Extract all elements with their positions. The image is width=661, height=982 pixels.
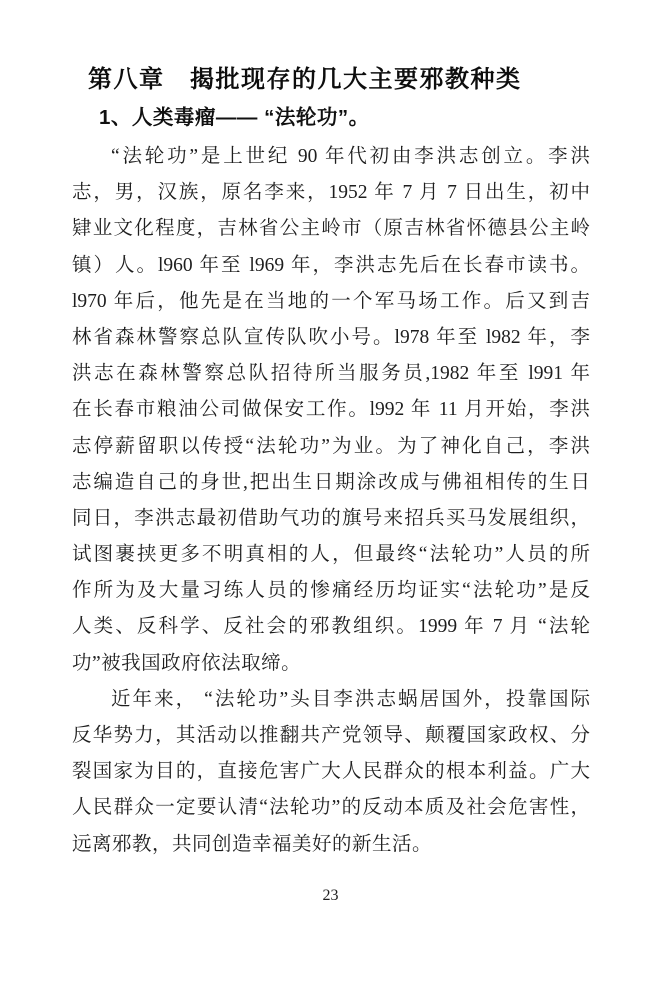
text-line: “法轮功”是上世纪 90 年代初由李洪志创立。李洪 [72,139,590,175]
text-line: 功”被我国政府依法取缔。 [72,646,590,682]
paragraph: “法轮功”是上世纪 90 年代初由李洪志创立。李洪 志，男，汉族，原名李来，19… [72,139,590,682]
text-line: 肄业文化程度，吉林省公主岭市（原吉林省怀德县公主岭 [72,211,590,247]
body-text: “法轮功”是上世纪 90 年代初由李洪志创立。李洪 志，男，汉族，原名李来，19… [72,139,590,863]
text-line: 在长春市粮油公司做保安工作。l992 年 11 月开始，李洪 [72,392,590,428]
text-line: 志停薪留职以传授“法轮功”为业。为了神化自己，李洪 [72,429,590,465]
text-line: 志编造自己的身世,把出生日期涂改成与佛祖相传的生日 [72,465,590,501]
text-line: 志，男，汉族，原名李来，1952 年 7 月 7 日出生，初中 [72,175,590,211]
paragraph: 近年来， “法轮功”头目李洪志蜗居国外，投靠国际 反华势力，其活动以推翻共产党领… [72,682,590,863]
page-number: 23 [0,887,661,905]
chapter-heading: 第八章 揭批现存的几大主要邪教种类 [88,64,522,96]
text-line: 洪志在森林警察总队招待所当服务员,1982 年至 l991 年 [72,356,590,392]
text-line: 远离邪教，共同创造幸福美好的新生活。 [72,827,590,863]
text-line: 人类、反科学、反社会的邪教组织。1999 年 7 月 “法轮 [72,609,590,645]
text-line: 同日，李洪志最初借助气功的旗号来招兵买马发展组织， [72,501,590,537]
text-line: 裂国家为目的，直接危害广大人民群众的根本利益。广大 [72,754,590,790]
text-line: 作所为及大量习练人员的惨痛经历均证实“法轮功”是反 [72,573,590,609]
text-line: 林省森林警察总队宣传队吹小号。l978 年至 l982 年，李 [72,320,590,356]
text-line: l970 年后，他先是在当地的一个军马场工作。后又到吉 [72,284,590,320]
text-line: 近年来， “法轮功”头目李洪志蜗居国外，投靠国际 [72,682,590,718]
text-line: 试图裹挟更多不明真相的人，但最终“法轮功”人员的所 [72,537,590,573]
text-line: 反华势力，其活动以推翻共产党领导、颠覆国家政权、分 [72,718,590,754]
text-line: 镇）人。l960 年至 l969 年，李洪志先后在长春市读书。 [72,248,590,284]
section-heading: 1、人类毒瘤—— “法轮功”。 [99,104,370,132]
text-line: 人民群众一定要认清“法轮功”的反动本质及社会危害性， [72,790,590,826]
document-page: 第八章 揭批现存的几大主要邪教种类 1、人类毒瘤—— “法轮功”。 “法轮功”是… [0,0,661,982]
